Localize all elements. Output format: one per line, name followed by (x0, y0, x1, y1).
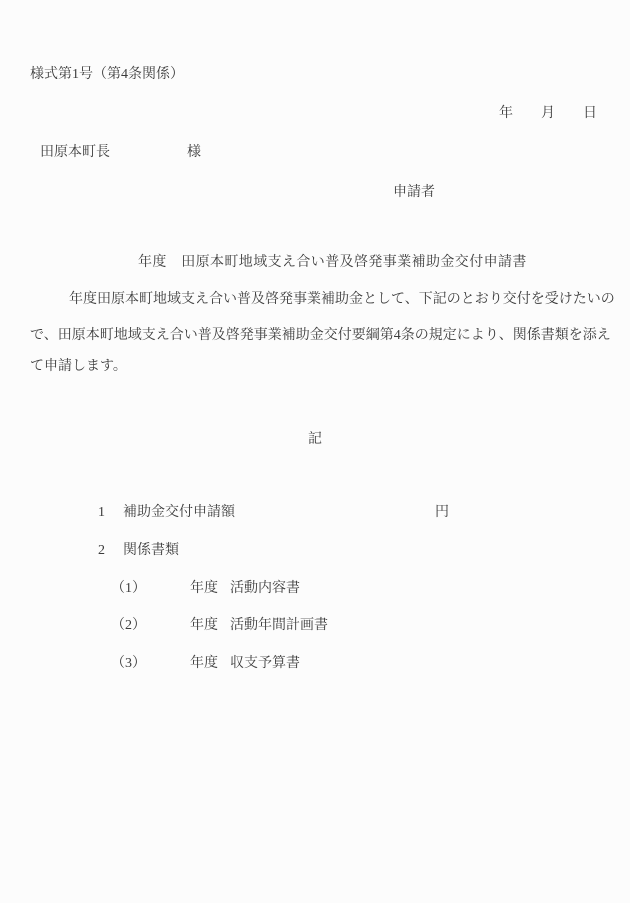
sub-item-3-prefix: 年度 (190, 657, 218, 671)
sub-item-2-label: 活動年間計画書 (230, 619, 328, 633)
item-1-unit: 円 (435, 506, 449, 520)
addressee-honorific: 様 (187, 146, 201, 160)
sub-item-1-number: （1） (111, 582, 146, 596)
item-2-label: 関係書類 (123, 544, 179, 558)
application-form-page: 様式第1号（第4条関係） 年 月 日 田原本町長 様 申請者 年度 田原本町地域… (0, 0, 630, 903)
body-line-1: 年度田原本町地域支え合い普及啓発事業補助金として、下記のとおり交付を受けたいの (69, 293, 615, 307)
body-line-2: で、田原本町地域支え合い普及啓発事業補助金交付要綱第4条の規定により、関係書類を… (30, 329, 611, 343)
document-title: 年度 田原本町地域支え合い普及啓発事業補助金交付申請書 (138, 256, 527, 270)
sub-item-1-label: 活動内容書 (230, 582, 300, 596)
sub-item-2-number: （2） (111, 619, 146, 633)
item-1-label: 補助金交付申請額 (123, 506, 235, 520)
sub-item-2-prefix: 年度 (190, 619, 218, 633)
item-2-number: 2 (98, 544, 105, 558)
note-marker: 記 (308, 433, 322, 447)
form-number: 様式第1号（第4条関係） (30, 68, 184, 82)
item-1-number: 1 (98, 506, 105, 520)
sub-item-3-number: （3） (111, 657, 146, 671)
body-line-3: て申請します。 (30, 360, 127, 374)
sub-item-1-prefix: 年度 (190, 582, 218, 596)
sub-item-3-label: 収支予算書 (230, 657, 300, 671)
date-line: 年 月 日 (0, 107, 597, 121)
addressee-name: 田原本町長 (40, 146, 110, 160)
applicant-label: 申請者 (393, 186, 435, 200)
